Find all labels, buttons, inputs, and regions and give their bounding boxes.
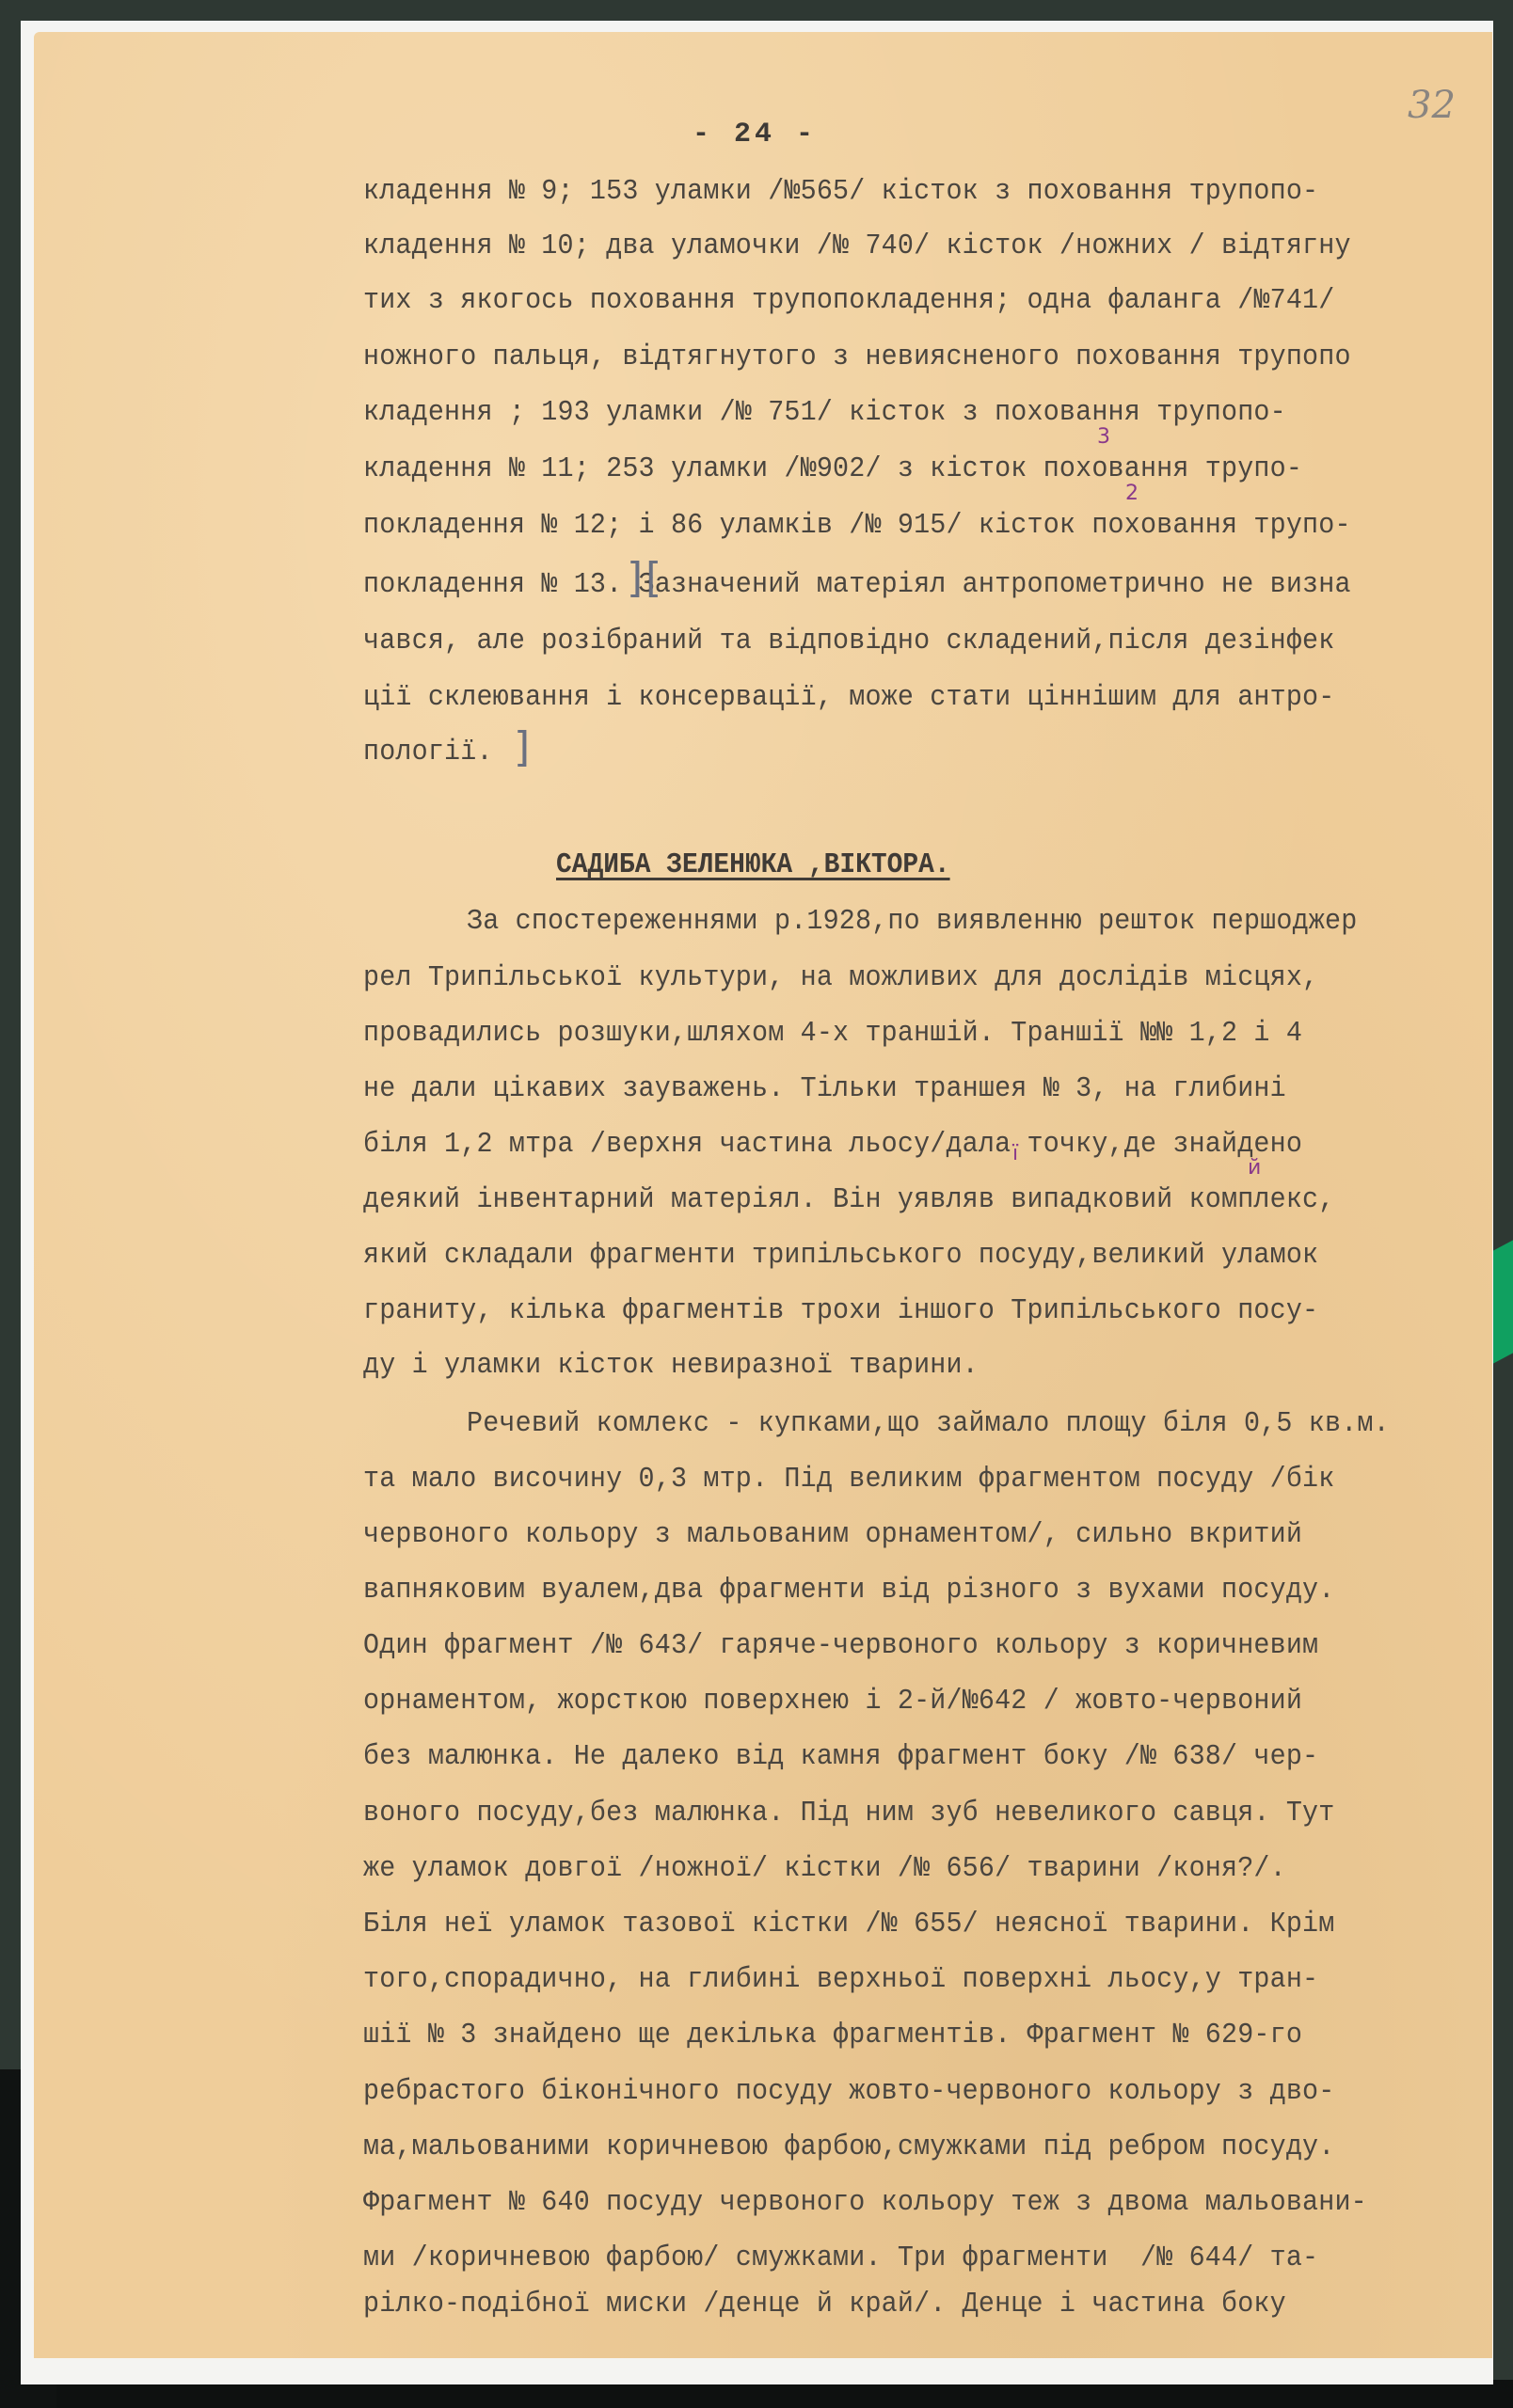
text-line: Речевий комлекс - купками,що займало пло… [467, 1405, 1390, 1443]
text-line: покладення № 13. Зазначений матеріял ант… [363, 566, 1351, 604]
text-line: та мало височину 0,3 мтр. Під великим фр… [363, 1461, 1334, 1498]
text-line: кладення ; 193 уламки /№ 751/ кісток з п… [363, 394, 1286, 432]
text-line: ребрастого біконічного посуду жовто-черв… [363, 2073, 1334, 2111]
text-line: ми /коричневою фарбою/ смужками. Три фра… [363, 2240, 1318, 2277]
text-line: кладення № 9; 153 уламки /№565/ кісток з… [363, 173, 1318, 211]
text-line: кладення № 10; два уламочки /№ 740/ кіст… [363, 228, 1351, 265]
pencil-correction: й [1248, 1156, 1261, 1180]
pencil-superscript: 3 [1097, 425, 1110, 449]
pencil-correction: ї [1012, 1142, 1018, 1165]
text-line: За спостереженнями р.1928,по виявленню р… [467, 903, 1357, 941]
text-line: Один фрагмент /№ 643/ гаряче-червоного к… [363, 1627, 1318, 1665]
text-line: біля 1,2 мтра /верхня частина льосу/дала… [363, 1126, 1302, 1164]
pencil-superscript: 2 [1125, 482, 1139, 505]
text-line: вапняковим вуалем,два фрагменти від різн… [363, 1572, 1334, 1609]
text-line: шії № 3 знайдено ще декілька фрагментів.… [363, 2017, 1302, 2054]
text-line: ції склеювання і консервації, може стати… [363, 679, 1334, 717]
text-line: ду і уламки кісток невиразної тварини. [363, 1347, 979, 1385]
bracket-mark: [ [645, 554, 661, 602]
text-line: рілко-подібної миски /денце й край/. Ден… [363, 2286, 1286, 2323]
page-number: - 24 - [693, 119, 817, 150]
text-line: провадились розшуки,шляхом 4-х траншій. … [363, 1015, 1302, 1053]
text-line: орнаментом, жорсткою поверхнею і 2-й/№64… [363, 1683, 1302, 1720]
section-heading: САДИБА ЗЕЛЕНЮКА ,ВІКТОРА. [556, 847, 950, 884]
text-line: ма,мальованими коричневою фарбою,смужкам… [363, 2129, 1334, 2166]
text-line: ножного пальця, відтягнутого з невияснен… [363, 339, 1351, 376]
archive-folio-number: 32 [1408, 84, 1456, 127]
text-line: кладення № 11; 253 уламки /№902/ з кісто… [363, 451, 1302, 488]
text-line: чався, але розібраний та відповідно скла… [363, 623, 1334, 660]
text-line: же уламок довгої /ножної/ кістки /№ 656/… [363, 1850, 1286, 1888]
text-line: Фрагмент № 640 посуду червоного кольору … [363, 2184, 1367, 2222]
text-line: деякий інвентарний матеріял. Він уявляв … [363, 1181, 1334, 1219]
text-line: рел Трипільської культури, на можливих д… [363, 959, 1318, 997]
text-line: без малюнка. Не далеко від камня фрагмен… [363, 1738, 1318, 1776]
bracket-mark: ] [514, 723, 530, 771]
text-line: воного посуду,без малюнка. Під ним зуб н… [363, 1795, 1334, 1832]
text-line: того,спорадично, на глибині верхньої пов… [363, 1961, 1318, 1999]
text-line: граниту, кілька фрагментів трохи іншого … [363, 1292, 1318, 1330]
text-line: тих з якогось поховання трупопокладення;… [363, 282, 1334, 320]
text-line: не дали цікавих зауважень. Тільки транше… [363, 1070, 1286, 1108]
bracket-mark: ] [627, 554, 643, 602]
document-page: - 24 - 32 кладення № 9; 153 уламки /№565… [34, 32, 1492, 2358]
text-line: покладення № 12; і 86 уламків /№ 915/ кі… [363, 507, 1351, 545]
text-line: який складали фрагменти трипільського по… [363, 1237, 1318, 1275]
text-line: червоного кольору з мальованим орнаменто… [363, 1516, 1302, 1554]
text-line: пології. [363, 734, 493, 771]
text-line: Біля неї уламок тазової кістки /№ 655/ н… [363, 1906, 1334, 1943]
